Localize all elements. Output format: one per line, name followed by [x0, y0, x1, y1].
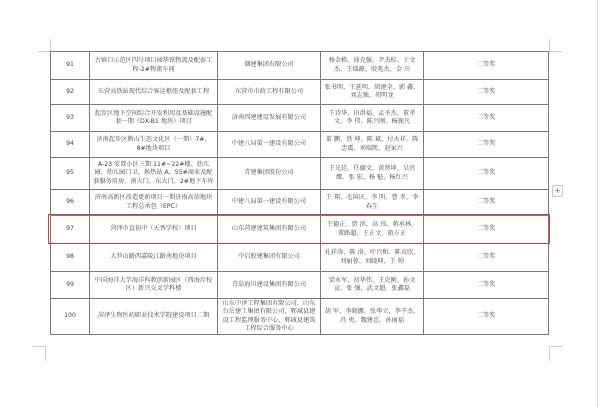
cell-award[interactable]: 二等奖 [424, 80, 549, 105]
page-margin-corner-top-right [549, 39, 562, 52]
cell-project[interactable]: 东营高铁站现代综合客运枢纽及配套工程 [90, 80, 218, 105]
table-row: 94 济南起步区鹊山生态文化区（一期）7#、8#地块项目 中建八局第一建设有限公… [51, 132, 549, 158]
cell-number[interactable]: 100 [51, 299, 90, 335]
table-row: 91 古镇口示范区四号项目园华铁物流及配套工程-2#物流车间 烟建集团有限公司 … [51, 52, 549, 80]
cell-project[interactable]: 古镇口示范区四号项目园华铁物流及配套工程-2#物流车间 [90, 52, 218, 80]
cell-organization[interactable]: 烟建集团有限公司 [218, 52, 321, 80]
cell-award[interactable]: 二等奖 [424, 272, 549, 299]
cell-organization[interactable]: 山东菏建建筑集团有限公司 [218, 216, 321, 244]
cell-number[interactable]: 97 [51, 216, 90, 244]
cell-people[interactable]: 王 翔、毛国庆、李 明、曹 孝、李春生 [321, 190, 424, 216]
awards-table: 91 古镇口示范区四号项目园华铁物流及配套工程-2#物流车间 烟建集团有限公司 … [50, 51, 549, 335]
table-row: 95 A-23 安置小区三期 11#~22#楼、幼儿园、幼儿园门卫、换热站 A、… [51, 158, 549, 190]
cell-organization[interactable]: 中建八局第一建设有限公司 [218, 190, 321, 216]
page-margin-corner-bottom-left [33, 346, 46, 361]
table-row: 92 东营高铁站现代综合客运枢纽及配套工程 东营市市政工程有限公司 张书明、王延… [51, 80, 549, 105]
cell-people[interactable]: 王德正、贾 滨、高 玮、蒋承林、董路超、王正文、游方正 [321, 216, 424, 244]
document-page: 91 古镇口示范区四号项目园华铁物流及配套工程-2#物流车间 烟建集团有限公司 … [0, 0, 596, 407]
cell-people[interactable]: 杨金栋、徐克强、尹杰棕、于文杰、王瑞源、殷兆杰、金 川 [321, 52, 424, 80]
page-margin-corner-bottom-right [549, 346, 562, 361]
cell-organization[interactable]: 东营市市政工程有限公司 [218, 80, 321, 105]
table-row: 100 菏泽生物医药职业技术学院建设项目二期 山东中泽工程集团有限公司、山东台岳… [51, 299, 549, 335]
table-row: 98 大罗山路西嘉陵江路南地块项目 中启胶建集团有限公司 孔祥涛、陈 洛、叶兴和… [51, 244, 549, 272]
cell-number[interactable]: 93 [51, 105, 90, 132]
table-row-highlighted: 97 菏泽市直初中（天香学校）项目 山东菏建建筑集团有限公司 王德正、贾 滨、高… [51, 216, 549, 244]
cell-award[interactable]: 二等奖 [424, 158, 549, 190]
cell-project[interactable]: 菏泽市直初中（天香学校）项目 [90, 216, 218, 244]
cell-award[interactable]: 二等奖 [424, 216, 549, 244]
cell-number[interactable]: 96 [51, 190, 90, 216]
cell-people[interactable]: 王诗华、田洪福、孟圣杰、董孝文、李 伟、陈兴刚、杨振凡 [321, 105, 424, 132]
cell-project[interactable]: A-23 安置小区三期 11#~22#楼、幼儿园、幼儿园门卫、换热站 A、55#… [90, 158, 218, 190]
cell-organization[interactable]: 中建八局第一建设有限公司 [218, 132, 321, 158]
cell-project[interactable]: 菏泽生物医药职业技术学院建设项目二期 [90, 299, 218, 335]
cell-project[interactable]: 起步区地下空间综合开发利用及基础设施配套一期（DX-B1 地块）项目 [90, 105, 218, 132]
cell-people[interactable]: 胡 军、李晓娜、张华立、李予杰、冯 勇、魏建忠、孙丽福 [321, 299, 424, 335]
cell-people[interactable]: 张书明、王延明、胡建全、郭 鑫、刘志强、胡明龙 [321, 80, 424, 105]
cell-number[interactable]: 99 [51, 272, 90, 299]
cell-organization[interactable]: 山东中泽工程集团有限公司、山东台岳建工集团有限公司、郓城县建设工程监理服务中心、… [218, 299, 321, 335]
cell-number[interactable]: 92 [51, 80, 90, 105]
cell-award[interactable]: 二等奖 [424, 299, 549, 335]
cell-organization[interactable]: 济南四建建设发展有限公司 [218, 105, 321, 132]
cell-award[interactable]: 二等奖 [424, 190, 549, 216]
cell-project[interactable]: 中国海洋大学海洋科教创新园区（西海岸校区）新兴交叉学科楼 [90, 272, 218, 299]
cell-organization[interactable]: 中启胶建集团有限公司 [218, 244, 321, 272]
cell-number[interactable]: 95 [51, 158, 90, 190]
cell-number[interactable]: 98 [51, 244, 90, 272]
cell-award[interactable]: 二等奖 [424, 105, 549, 132]
cell-project[interactable]: 大罗山路西嘉陵江路南地块项目 [90, 244, 218, 272]
table-row: 96 济南高新区改造更新项目一期济南高信地块工程总承包（EPC） 中建八局第一建… [51, 190, 549, 216]
cell-project[interactable]: 济南高新区改造更新项目一期济南高信地块工程总承包（EPC） [90, 190, 218, 216]
cell-people[interactable]: 梁永军、初华伟、王克刚、孙文宣、张 强、武文超、张鑫磊 [321, 272, 424, 299]
table-row: 93 起步区地下空间综合开发利用及基础设施配套一期（DX-B1 地块）项目 济南… [51, 105, 549, 132]
cell-project[interactable]: 济南起步区鹊山生态文化区（一期）7#、8#地块项目 [90, 132, 218, 158]
cell-people[interactable]: 董 鹏、铁 坤、陈 斌、付天祥、陈忠震、刘瑞凯、赵家兴 [321, 132, 424, 158]
cell-award[interactable]: 二等奖 [424, 132, 549, 158]
table-row: 99 中国海洋大学海洋科教创新园区（西海岸校区）新兴交叉学科楼 青岛海川建设集团… [51, 272, 549, 299]
add-row-button[interactable]: + [552, 185, 563, 197]
cell-award[interactable]: 二等奖 [424, 244, 549, 272]
cell-organization[interactable]: 青建集团股份公司 [218, 158, 321, 190]
cell-number[interactable]: 94 [51, 132, 90, 158]
cell-number[interactable]: 91 [51, 52, 90, 80]
cell-organization[interactable]: 青岛海川建设集团有限公司 [218, 272, 321, 299]
cell-award[interactable]: 二等奖 [424, 52, 549, 80]
window-right-edge [597, 0, 598, 407]
cell-people[interactable]: 王光廷、任德文、黄贤坤、吴官鹰、张 宏、杨 魁、杨红兴 [321, 158, 424, 190]
cell-people[interactable]: 孔祥涛、陈 洛、叶兴和、陈贞欣、刘丽蓉、刘晓坤、王 帅 [321, 244, 424, 272]
